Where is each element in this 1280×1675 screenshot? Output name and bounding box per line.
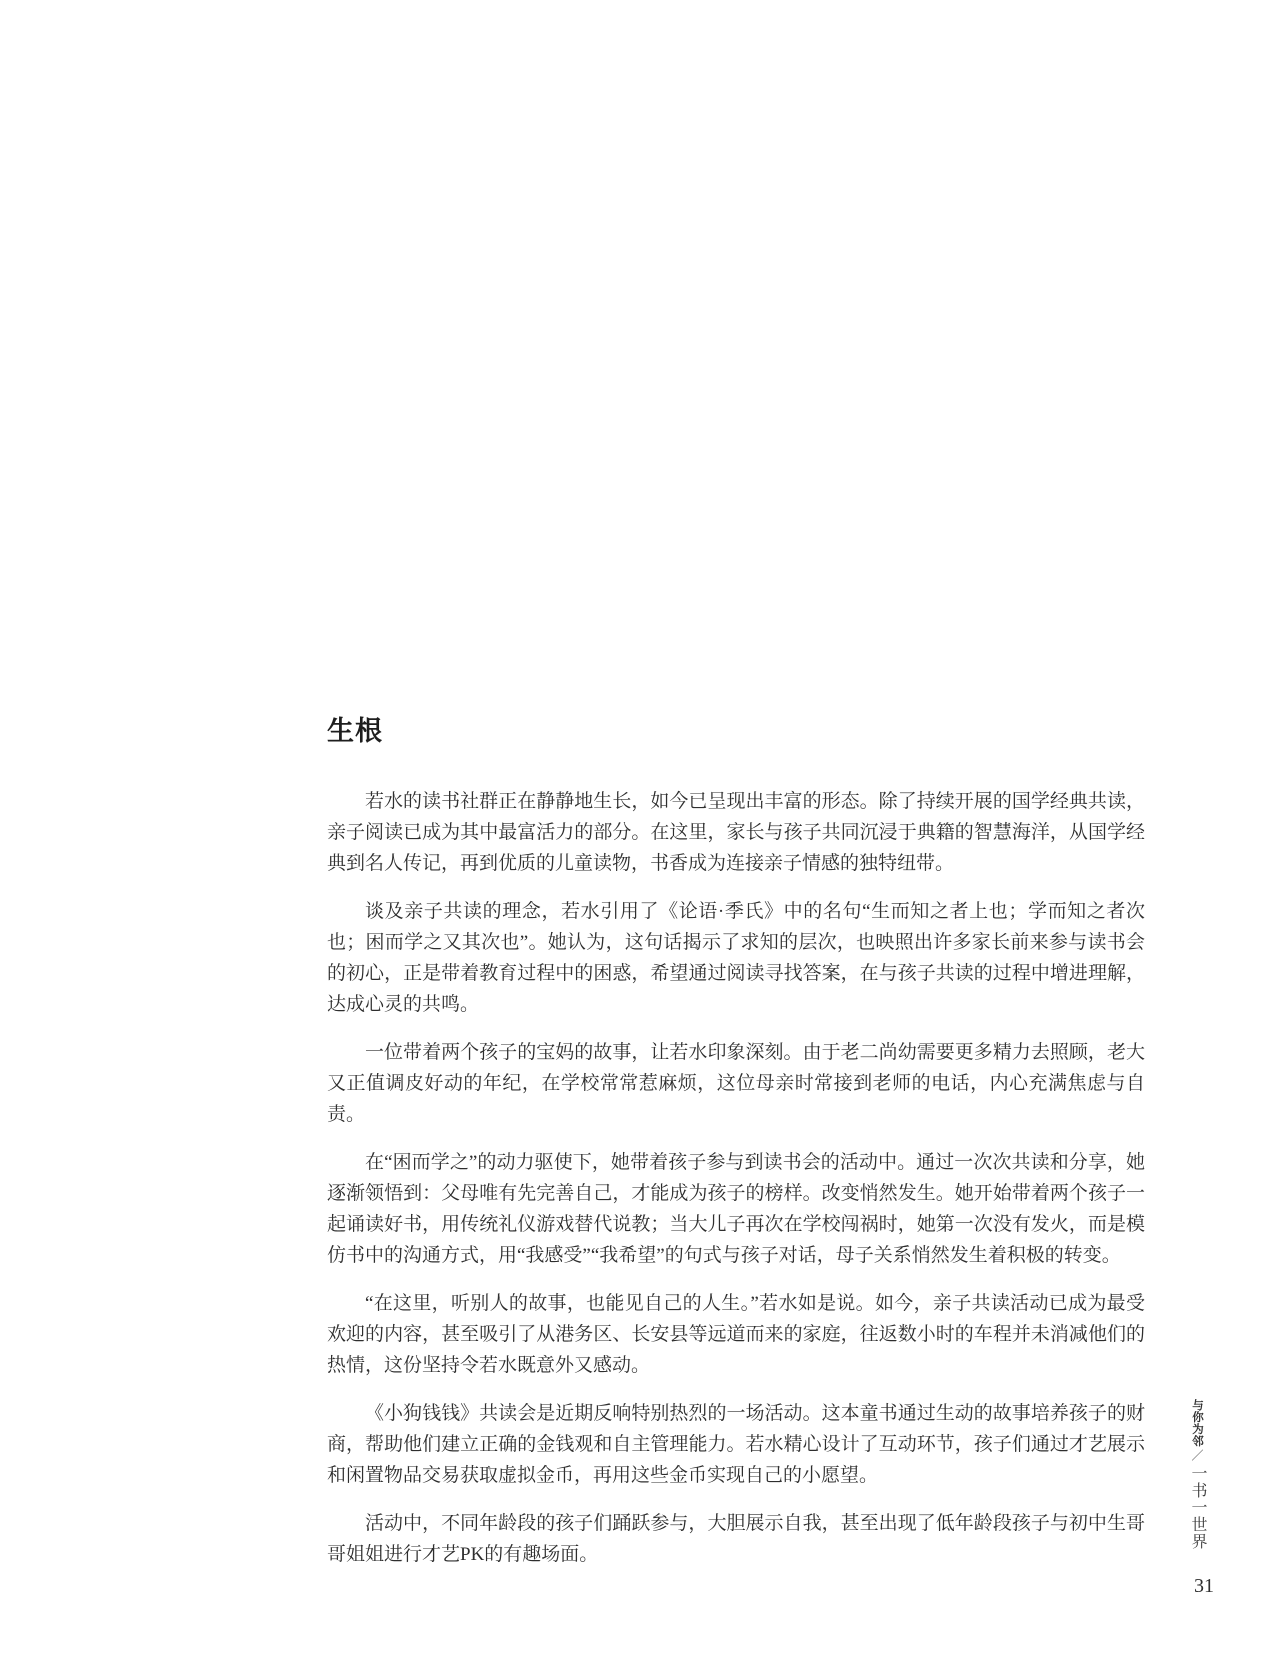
article-paragraph: 《小狗钱钱》共读会是近期反响特别热烈的一场活动。这本童书通过生动的故事培养孩子的… <box>327 1398 1145 1491</box>
article-paragraph: 谈及亲子共读的理念，若水引用了《论语·季氏》中的名句“生而知之者上也；学而知之者… <box>327 896 1145 1020</box>
article-paragraph: 若水的读书社群正在静静地生长，如今已呈现出丰富的形态。除了持续开展的国学经典共读… <box>327 786 1145 879</box>
section-title: 一书一世界 <box>1189 1465 1206 1550</box>
article-paragraph: 在“困而学之”的动力驱使下，她带着孩子参与到读书会的活动中。通过一次次共读和分享… <box>327 1147 1145 1271</box>
magazine-page: 生根 若水的读书社群正在静静地生长，如今已呈现出丰富的形态。除了持续开展的国学经… <box>0 0 1280 1675</box>
article-paragraph: 一位带着两个孩子的宝妈的故事，让若水印象深刻。由于老二尚幼需要更多精力去照顾，老… <box>327 1037 1145 1130</box>
edge-sidebar: 与你为邻／一书一世界 <box>1186 1399 1209 1639</box>
article-paragraph: 活动中，不同年龄段的孩子们踊跃参与，大胆展示自我，甚至出现了低年龄段孩子与初中生… <box>327 1508 1145 1570</box>
separator-slash: ／ <box>1190 1449 1204 1461</box>
page-number: 31 <box>1194 1574 1214 1598</box>
article-paragraph: “在这里，听别人的故事，也能见自己的人生。”若水如是说。如今，亲子共读活动已成为… <box>327 1288 1145 1381</box>
magazine-title: 与你为邻 <box>1191 1399 1203 1447</box>
article-body: 若水的读书社群正在静静地生长，如今已呈现出丰富的形态。除了持续开展的国学经典共读… <box>327 786 1145 1587</box>
article-heading: 生根 <box>327 714 383 748</box>
